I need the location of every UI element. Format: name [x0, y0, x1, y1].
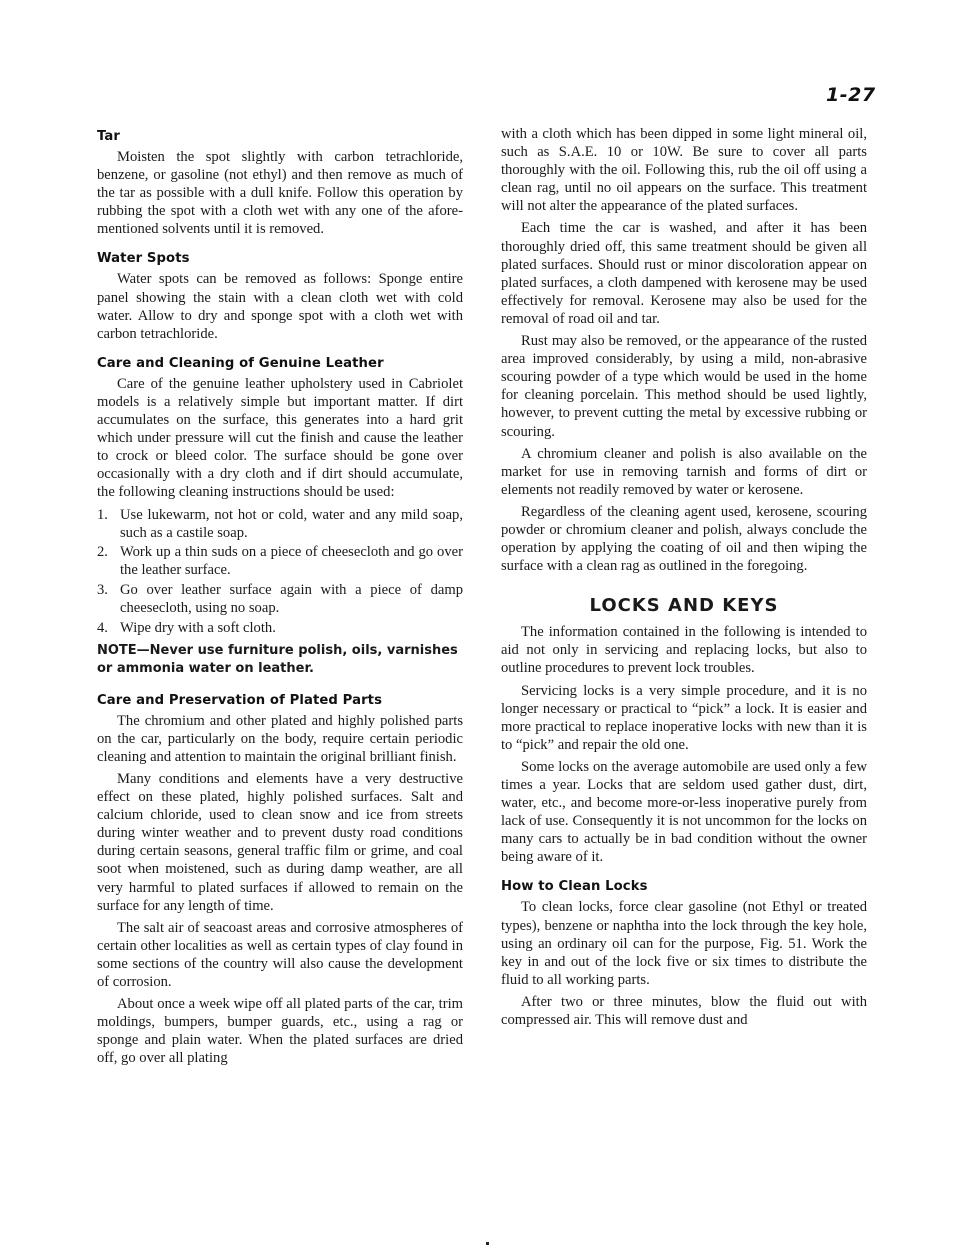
list-item: 2.Work up a thin suds on a piece of chee…	[97, 543, 463, 579]
step-text: Use lukewarm, not hot or cold, water and…	[120, 507, 463, 541]
leather-note: NOTE—Never use furniture polish, oils, v…	[97, 642, 463, 678]
heading-water-spots: Water Spots	[97, 250, 463, 267]
paragraph: A chromium cleaner and polish is also av…	[501, 445, 867, 499]
heading-tar: Tar	[97, 128, 463, 145]
paragraph: Regardless of the cleaning agent used, k…	[501, 503, 867, 575]
paragraph: Rust may also be removed, or the appeara…	[501, 332, 867, 441]
step-number: 1.	[97, 506, 108, 524]
paragraph: Servicing locks is a very simple procedu…	[501, 682, 867, 754]
paragraph: Some locks on the average automobile are…	[501, 758, 867, 867]
right-column: with a cloth which has been dipped in so…	[501, 125, 867, 1033]
paragraph: Each time the car is washed, and after i…	[501, 219, 867, 328]
left-column: Tar Moisten the spot slightly with carbo…	[97, 128, 463, 1071]
heading-leather: Care and Cleaning of Genuine Leather	[97, 355, 463, 372]
page-number: 1-27	[826, 84, 876, 106]
scan-speck	[486, 1242, 489, 1245]
paragraph: After two or three minutes, blow the flu…	[501, 993, 867, 1029]
paragraph: Care of the genuine leather upholstery u…	[97, 375, 463, 502]
heading-plated-parts: Care and Preservation of Plated Parts	[97, 692, 463, 709]
step-text: Go over leather surface again with a pie…	[120, 582, 463, 616]
paragraph: To clean locks, force clear gasoline (no…	[501, 898, 867, 988]
step-number: 3.	[97, 581, 108, 599]
step-number: 4.	[97, 619, 108, 637]
step-text: Work up a thin suds on a piece of cheese…	[120, 544, 463, 578]
section-title-locks-and-keys: LOCKS AND KEYS	[501, 595, 867, 617]
paragraph: Water spots can be removed as follows: S…	[97, 270, 463, 342]
list-item: 1.Use lukewarm, not hot or cold, water a…	[97, 506, 463, 542]
paragraph: The information contained in the followi…	[501, 623, 867, 677]
paragraph-continued: with a cloth which has been dipped in so…	[501, 125, 867, 215]
step-number: 2.	[97, 543, 108, 561]
paragraph: The chromium and other plated and highly…	[97, 712, 463, 766]
paragraph: The salt air of seacoast areas and corro…	[97, 919, 463, 991]
paragraph: Moisten the spot slightly with carbon te…	[97, 148, 463, 238]
heading-how-to-clean-locks: How to Clean Locks	[501, 878, 867, 895]
list-item: 3.Go over leather surface again with a p…	[97, 581, 463, 617]
step-text: Wipe dry with a soft cloth.	[120, 620, 276, 636]
paragraph: About once a week wipe off all plated pa…	[97, 995, 463, 1067]
leather-cleaning-steps: 1.Use lukewarm, not hot or cold, water a…	[97, 506, 463, 637]
paragraph: Many conditions and elements have a very…	[97, 770, 463, 915]
list-item: 4.Wipe dry with a soft cloth.	[97, 619, 463, 637]
